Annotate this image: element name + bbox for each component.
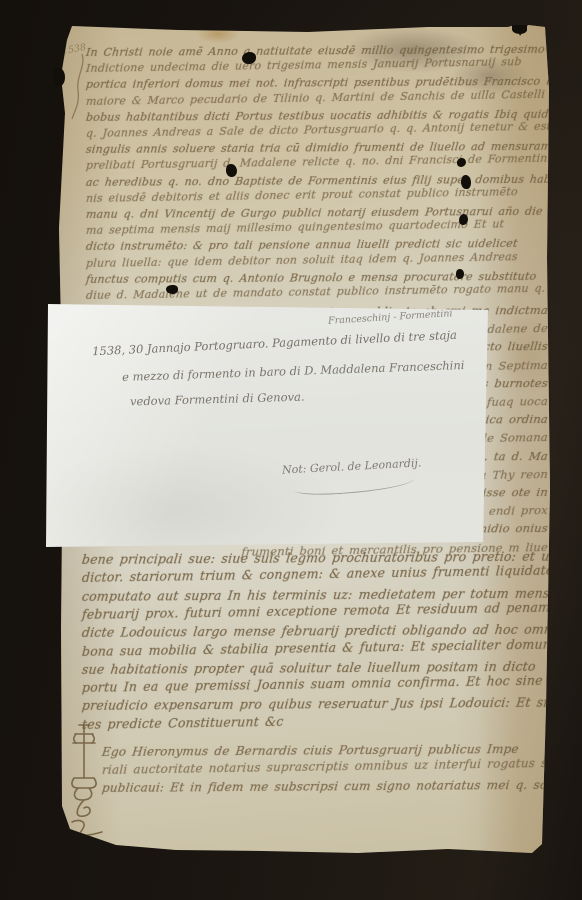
ink-hole — [166, 285, 178, 294]
edge-notch — [512, 25, 527, 34]
slip-summary-line: 1538, 30 Jannajo Portogruaro. Pagamento … — [92, 328, 457, 359]
notarial-cross-sign-icon — [62, 722, 110, 840]
ink-hole — [242, 52, 256, 64]
manuscript-line: publicaui: Et in fidem me subscripsi cum… — [101, 778, 565, 795]
ink-hole — [461, 175, 471, 189]
slip-summary-line: vedova Formentini di Genova. — [130, 390, 305, 409]
photo-background: { "photo": { "background_color": "#19141… — [0, 0, 582, 900]
archival-paper-slip: Franceschinj - Formentini 1538, 30 Janna… — [46, 300, 488, 548]
ink-hole — [226, 164, 237, 177]
signature-flourish — [294, 472, 415, 497]
slip-header-note: Franceschinj - Formentini — [328, 308, 453, 327]
manuscript-line: riali auctoritate notarius suprascriptis… — [101, 756, 564, 777]
edge-notch — [54, 68, 65, 86]
slip-summary-line: e mezzo di formento in baro di D. Maddal… — [122, 358, 465, 384]
ink-hole — [459, 214, 468, 225]
